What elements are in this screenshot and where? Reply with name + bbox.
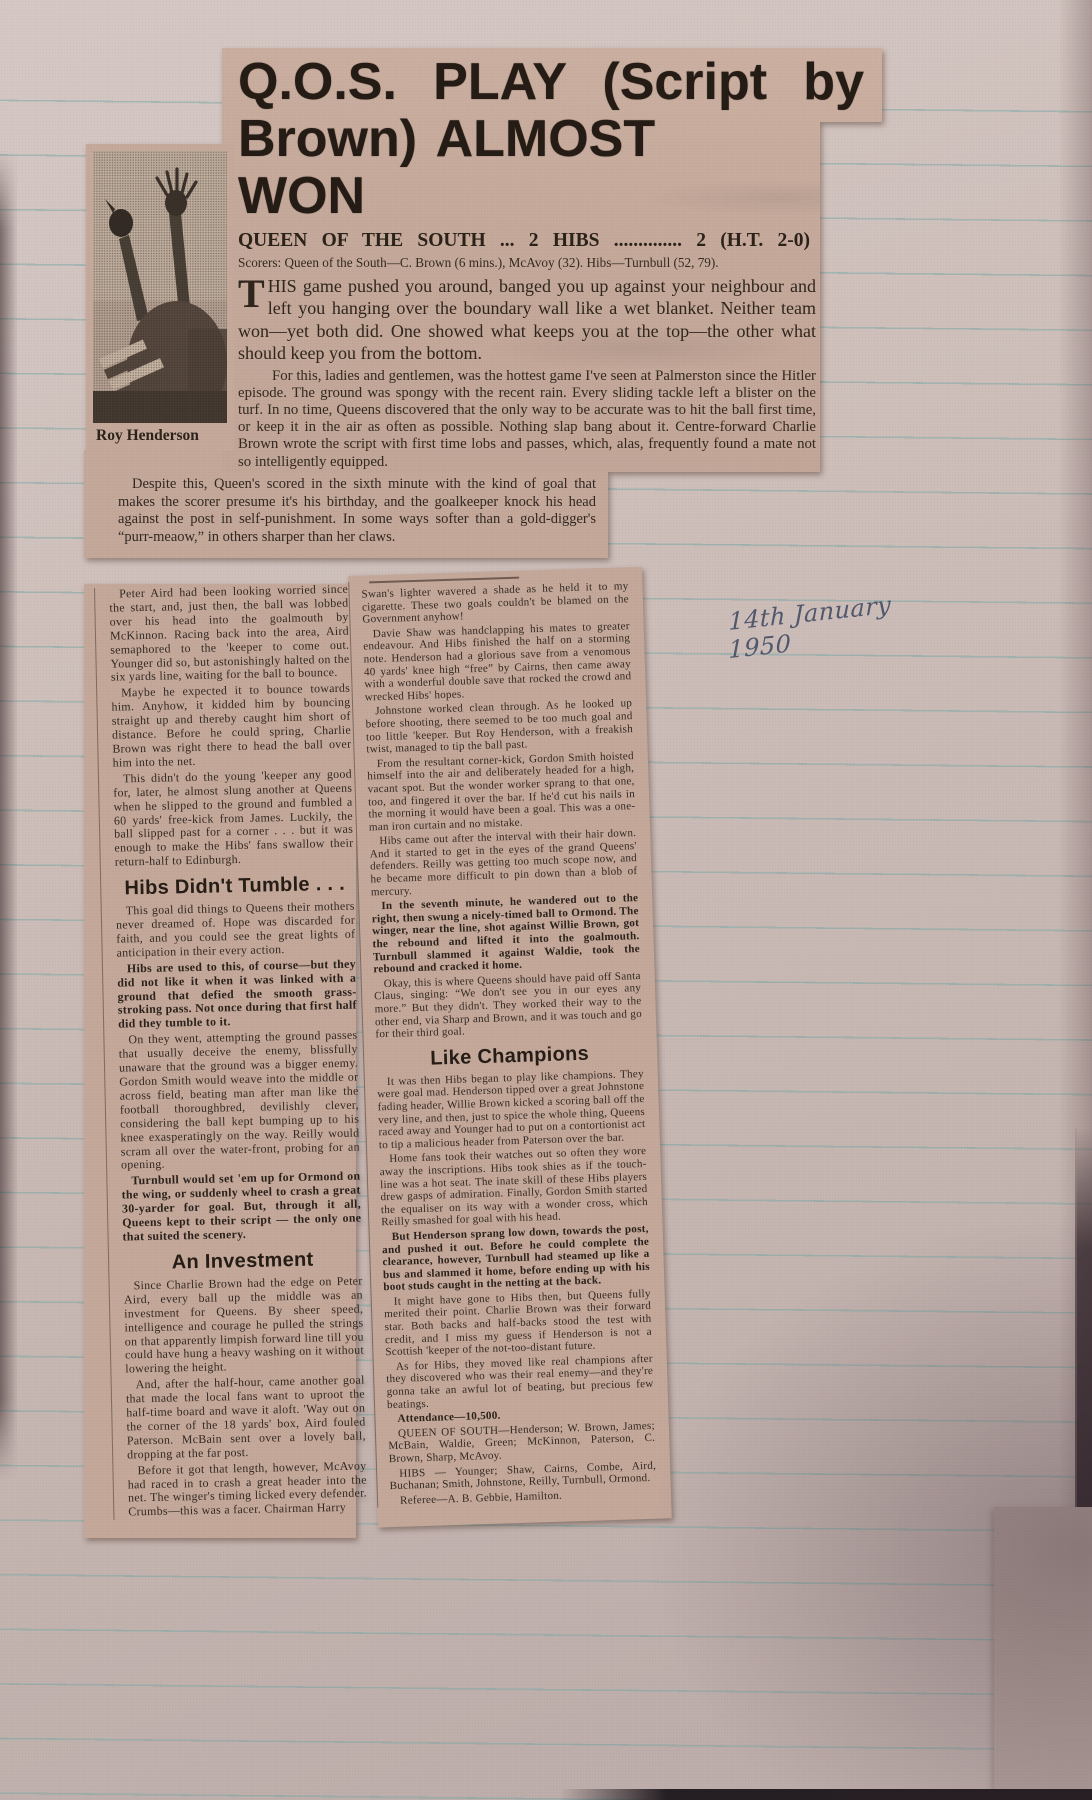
newspaper-clipping: Despite this, Queen's scored in the sixt…	[0, 0, 1092, 1800]
section-heading-an-investment: An Investment	[123, 1247, 362, 1274]
score-line: QUEEN OF THE SOUTH ... 2 HIBS ..........…	[238, 229, 810, 253]
paragraph: Before it got that length, however, McAv…	[127, 1459, 367, 1520]
goalkeeper-photo-graphic	[93, 151, 227, 423]
paragraph: Peter Aird had been looking worried sinc…	[109, 583, 350, 685]
paragraph: Maybe he expected it to bounce towards h…	[111, 682, 352, 770]
paragraph: This didn't do the young 'keeper any goo…	[113, 767, 354, 869]
photo-caption: Roy Henderson	[96, 427, 234, 445]
paragraph-bold: But Henderson sprang low down, towards t…	[382, 1223, 651, 1294]
paragraph: As for Hibs, they moved like real champi…	[386, 1353, 654, 1412]
paragraph: Since Charlie Brown had the edge on Pete…	[123, 1274, 364, 1376]
paragraph-bold: Hibs are used to this, of course—but the…	[117, 957, 357, 1032]
paragraph: Swan's lighter wavered a shade as he hel…	[361, 580, 629, 626]
drop-cap: T	[238, 275, 268, 310]
section-heading-like-champions: Like Champions	[376, 1041, 644, 1071]
paragraph: This goal did things to Queens their mot…	[116, 900, 356, 961]
section-heading-hibs-didnt-tumble: Hibs Didn't Tumble . . .	[115, 873, 354, 900]
paragraph: Okay, this is where Queens should have p…	[374, 970, 643, 1041]
page-bottom-edge	[560, 1789, 1092, 1800]
right-column: Swan's lighter wavered a shade as he hel…	[348, 567, 672, 1528]
despite-paragraph: Despite this, Queen's scored in the sixt…	[118, 476, 596, 546]
intro-paragraph: For this, ladies and gentlemen, was the …	[238, 368, 816, 471]
paragraph: On they went, attempting the ground pass…	[118, 1029, 360, 1173]
scorers-line: Scorers: Queen of the South—C. Brown (6 …	[238, 255, 860, 271]
paragraph: Davie Shaw was handclapping his mates to…	[363, 620, 632, 704]
lead-paragraph-text: HIS game pushed you around, banged you u…	[238, 276, 816, 363]
paragraph-bold: In the seventh minute, he wandered out t…	[371, 892, 640, 976]
paragraph: Hibs came out after the interval with th…	[369, 827, 638, 898]
paragraph: It was then Hibs began to play like cham…	[377, 1068, 646, 1152]
photo-clipping: Roy Henderson	[86, 144, 234, 451]
paragraph: And, after the half-hour, came another g…	[126, 1374, 367, 1462]
headline-block: Q.O.S. PLAY (Script by Brown) ALMOST WON…	[222, 48, 882, 472]
left-column: Peter Aird had been looking worried sinc…	[84, 584, 356, 1538]
headline-line-2: Brown) ALMOST WON	[238, 111, 794, 225]
paragraph: Home fans took their watches out so ofte…	[379, 1145, 648, 1229]
paragraph: It might have gone to Hibs then, but Que…	[384, 1288, 653, 1359]
lead-paragraph: THIS game pushed you around, banged you …	[238, 275, 816, 365]
match-photo	[93, 151, 227, 423]
paragraph: Johnstone worked clean through. As he lo…	[365, 697, 633, 756]
headline-line-1: Q.O.S. PLAY (Script by	[238, 54, 864, 111]
paragraph: From the resultant corner-kick, Gordon S…	[367, 750, 636, 834]
qos-lineup: QUEEN OF SOUTH—Henderson; W. Brown, Jame…	[388, 1420, 656, 1466]
paragraph-bold: Turnbull would set 'em up for Ormond on …	[121, 1170, 361, 1245]
grey-card	[994, 1507, 1092, 1794]
